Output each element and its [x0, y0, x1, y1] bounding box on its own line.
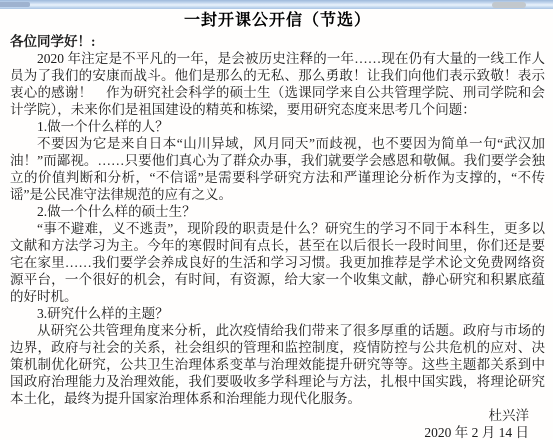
paragraph-question-2: “事不避难，义不逃责”，现阶段的职责是什么？研究生的学习不同于本科生，更多以文献… — [10, 220, 545, 305]
date-line: 2020 年 2 月 14 日 — [10, 424, 545, 440]
document-window: 一封开课公开信（节选） 各位同学好！: 2020 年注定是不平凡的一年，是会被历… — [0, 0, 553, 440]
question-heading-2: 2.做一个什么样的硕士生？ — [10, 203, 545, 220]
signature: 杜兴洋 — [10, 407, 545, 424]
question-heading-1: 1.做一个什么样的人？ — [10, 118, 545, 135]
document-title: 一封开课公开信（节选） — [10, 11, 545, 31]
titlebar-left-fragment — [0, 2, 30, 7]
greeting-line: 各位同学好！: — [10, 33, 545, 50]
document-page: 一封开课公开信（节选） 各位同学好！: 2020 年注定是不平凡的一年，是会被历… — [0, 9, 553, 440]
window-titlebar-fragment — [0, 0, 553, 9]
question-heading-3: 3.研究什么样的主题？ — [10, 305, 545, 322]
paragraph-question-1: 不要因为它是来自日本“山川异域，风月同天”而歧视，也不要因为简单一句“武汉加油！… — [10, 135, 545, 203]
titlebar-control-fragment — [492, 2, 526, 8]
paragraph-intro: 2020 年注定是不平凡的一年，是会被历史注释的一年……现在仍有大量的一线工作人… — [10, 50, 545, 118]
paragraph-question-3: 从研究公共管理角度来分析，此次疫情给我们带来了很多厚重的话题。政府与市场的边界，… — [10, 322, 545, 407]
